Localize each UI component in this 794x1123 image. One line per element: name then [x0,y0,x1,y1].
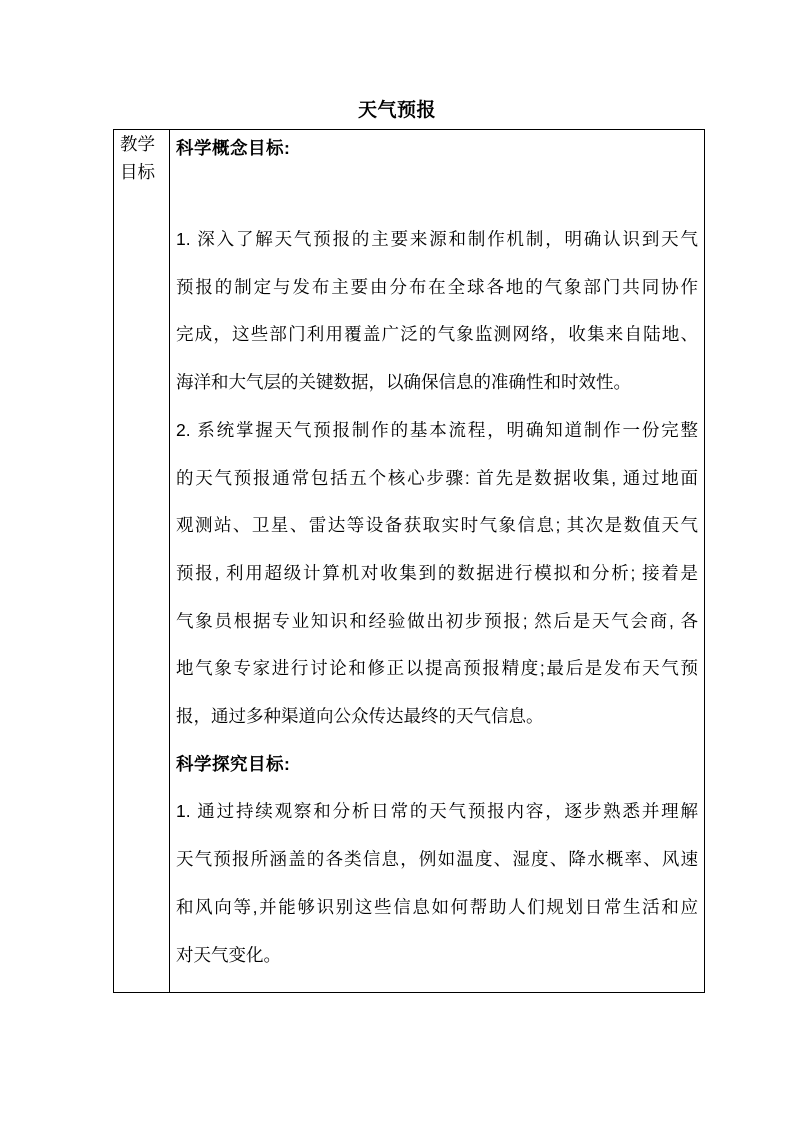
section-heading: 科学概念目标: [176,132,698,164]
objectives-table: 教学目标 科学概念目标:1. 深入了解天气预报的主要来源和制作机制，明确认识到天… [113,129,705,993]
paragraph-line: 1. 通过持续观察和分析日常的天气预报内容，逐步熟悉并理解 [176,788,698,836]
paragraph: 1. 通过持续观察和分析日常的天气预报内容，逐步熟悉并理解天气预报所涵盖的各类信… [176,788,698,979]
paragraph: 1. 深入了解天气预报的主要来源和制作机制，明确认识到天气预报的制定与发布主要由… [176,216,698,407]
paragraph-line: 预报, 利用超级计算机对收集到的数据进行模拟和分析; 接着是 [176,550,698,598]
row-header-cell: 教学目标 [114,130,170,992]
paragraph-line: 1. 深入了解天气预报的主要来源和制作机制，明确认识到天气 [176,216,698,264]
paragraph-line: 预报的制定与发布主要由分布在全球各地的气象部门共同协作 [176,264,698,312]
paragraph-line: 完成，这些部门利用覆盖广泛的气象监测网络，收集来自陆地、 [176,311,698,359]
paragraph-line: 和风向等,并能够识别这些信息如何帮助人们规划日常生活和应 [176,884,698,932]
paragraph-line: 2. 系统掌握天气预报制作的基本流程，明确知道制作一份完整 [176,407,698,455]
paragraph-line: 对天气变化。 [176,932,698,980]
paragraph-line: 地气象专家进行讨论和修正以提高预报精度;最后是发布天气预 [176,645,698,693]
content-cell: 科学概念目标:1. 深入了解天气预报的主要来源和制作机制，明确认识到天气预报的制… [170,130,704,992]
paragraph-line: 观测站、卫星、雷达等设备获取实时气象信息; 其次是数值天气 [176,502,698,550]
paragraph-line: 海洋和大气层的关键数据，以确保信息的准确性和时效性。 [176,359,698,407]
row-header-line: 教学 [120,130,166,158]
paragraph-line: 的天气预报通常包括五个核心步骤: 首先是数据收集, 通过地面 [176,455,698,503]
document-page: 天气预报 教学目标 科学概念目标:1. 深入了解天气预报的主要来源和制作机制，明… [0,0,794,1123]
document-title: 天气预报 [0,99,794,123]
paragraph-line: 气象员根据专业知识和经验做出初步预报; 然后是天气会商, 各 [176,598,698,646]
section-heading: 科学探究目标: [176,741,698,789]
paragraph-line: 天气预报所涵盖的各类信息，例如温度、湿度、降水概率、风速 [176,836,698,884]
paragraph-line: 报，通过多种渠道向公众传达最终的天气信息。 [176,693,698,741]
row-header-line: 目标 [120,158,166,186]
paragraph: 2. 系统掌握天气预报制作的基本流程，明确知道制作一份完整的天气预报通常包括五个… [176,407,698,741]
